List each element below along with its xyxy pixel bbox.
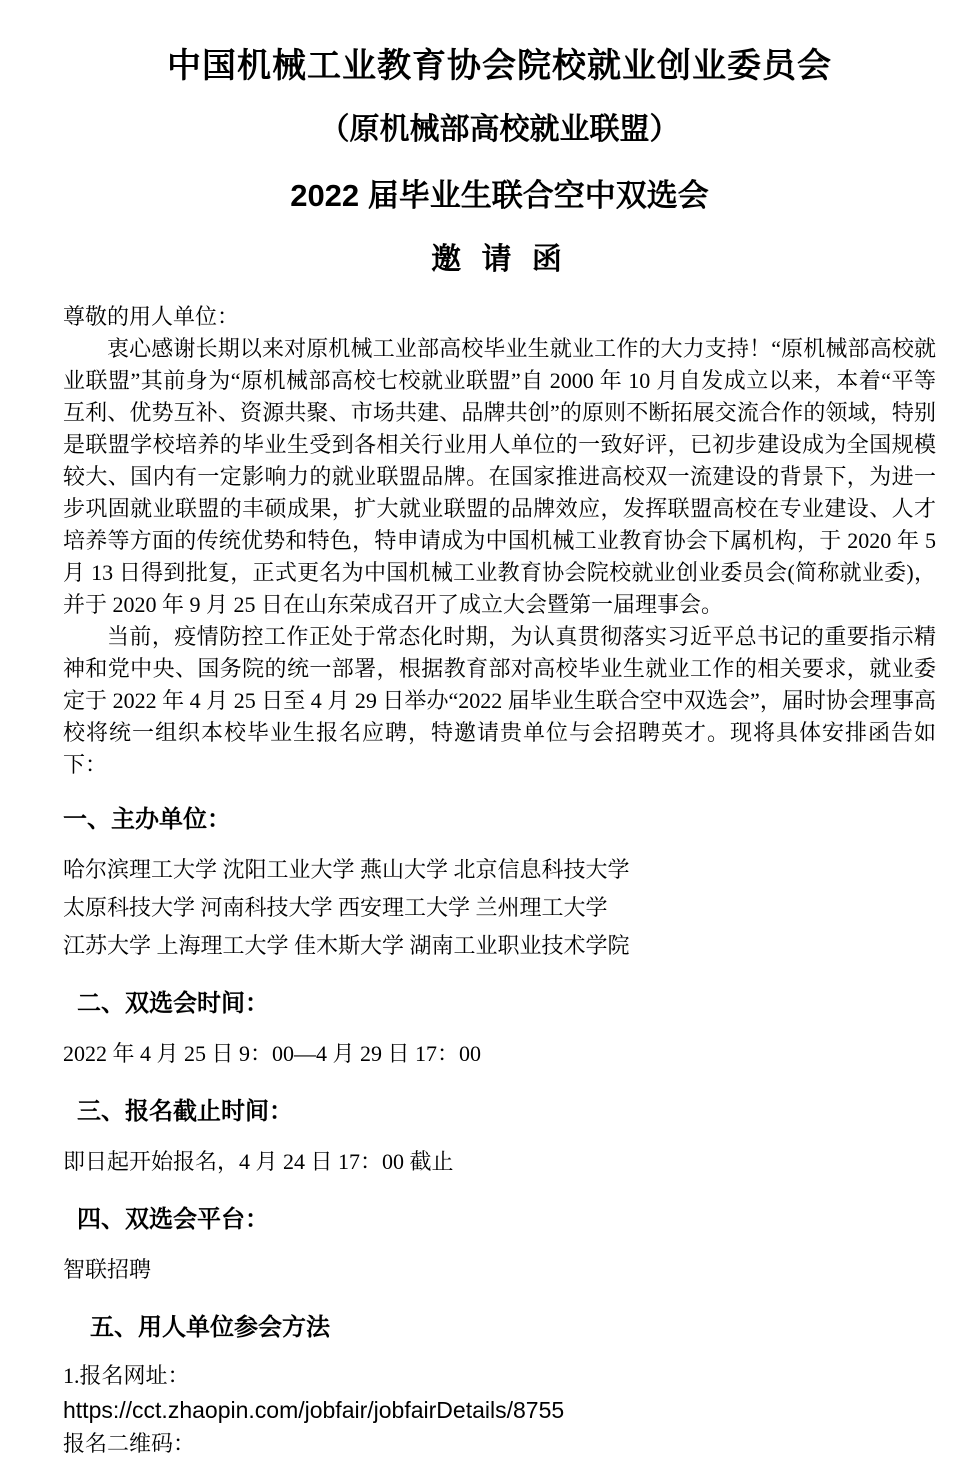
paragraph-current-arrangement: 当前，疫情防控工作正处于常态化时期，为认真贯彻落实习近平总书记的重要指示精神和党… — [63, 621, 936, 781]
registration-url-label: 1.报名网址： — [63, 1359, 936, 1393]
letter-type-title: 邀 请 函 — [63, 242, 936, 278]
former-name-subtitle: （原机械部高校就业联盟） — [63, 112, 936, 148]
registration-deadline-value: 即日起开始报名，4 月 24 日 17：00 截止 — [63, 1143, 936, 1181]
organization-title: 中国机械工业教育协会院校就业创业委员会 — [63, 46, 936, 86]
section-heading-participation-method: 五、用人单位参会方法 — [63, 1313, 936, 1343]
section-heading-registration-deadline: 三、报名截止时间： — [63, 1097, 936, 1127]
organizer-universities-row: 太原科技大学 河南科技大学 西安理工大学 兰州理工大学 — [63, 889, 936, 927]
salutation: 尊敬的用人单位： — [63, 300, 936, 333]
event-title: 2022 届毕业生联合空中双选会 — [63, 178, 936, 214]
section-heading-organizers: 一、主办单位： — [63, 805, 936, 835]
paragraph-history: 衷心感谢长期以来对原机械工业部高校毕业生就业工作的大力支持！“原机械部高校就业联… — [63, 333, 936, 621]
platform-value: 智联招聘 — [63, 1251, 936, 1289]
event-time-value: 2022 年 4 月 25 日 9：00—4 月 29 日 17：00 — [63, 1035, 936, 1073]
section-heading-platform: 四、双选会平台： — [63, 1205, 936, 1235]
section-heading-event-time: 二、双选会时间： — [63, 989, 936, 1019]
organizer-universities-row: 哈尔滨理工大学 沈阳工业大学 燕山大学 北京信息科技大学 — [63, 851, 936, 889]
registration-qrcode-label: 报名二维码： — [63, 1427, 936, 1460]
registration-url-link[interactable]: https://cct.zhaopin.com/jobfair/jobfairD… — [63, 1393, 936, 1427]
invitation-letter-page: 中国机械工业教育协会院校就业创业委员会 （原机械部高校就业联盟） 2022 届毕… — [0, 0, 972, 1460]
organizer-universities-row: 江苏大学 上海理工大学 佳木斯大学 湖南工业职业技术学院 — [63, 927, 936, 965]
